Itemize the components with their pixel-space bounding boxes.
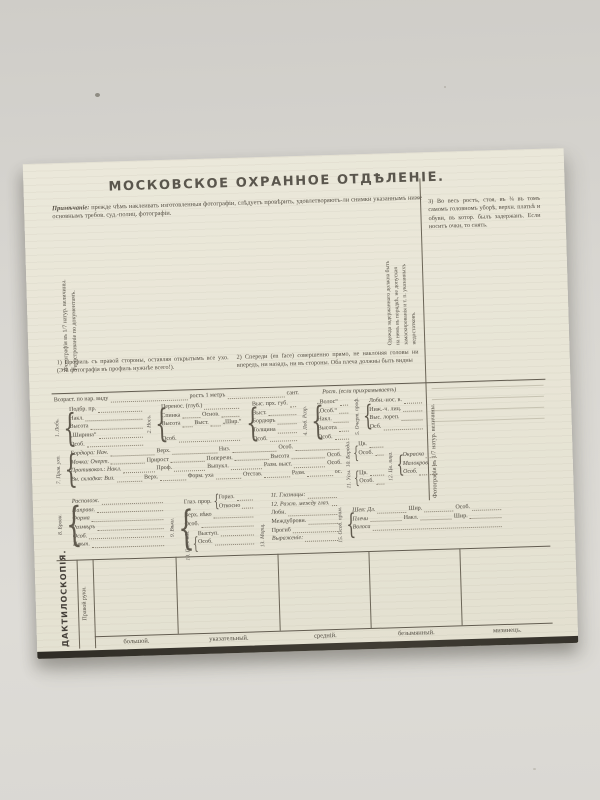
dust-speck: [444, 86, 446, 88]
group-label-vertical: 2. Носъ.: [146, 414, 153, 433]
brace-decoration: [155, 405, 160, 443]
field-label: Цв.: [359, 469, 368, 478]
brace-decoration: [363, 402, 368, 430]
field-age: Возраст. по нар. виду: [54, 395, 109, 405]
brace-decoration: [346, 511, 351, 539]
field-height: ростъ 1 метръ: [189, 391, 225, 401]
field-label: Выраженіе:: [272, 534, 303, 544]
group-label-vertical: 15. Особ. прим.: [337, 507, 344, 543]
finger-divider: [277, 554, 280, 631]
caption-line: замаскированія и т. п. указанныхъ: [401, 264, 409, 345]
document-card: МОСКОВСКОЕ ОХРАННОЕ ОТДѢЛЕНІЕ. Примѣчані…: [23, 148, 578, 659]
ruled-line: [432, 407, 544, 411]
dotted-line: [426, 456, 436, 458]
field-label: Особ.: [358, 449, 373, 458]
ruled-line: [432, 396, 544, 400]
group-eye-sockets: 11. Глазницы: 12. Разст. между глаз. Лоб…: [271, 490, 335, 544]
brace-decoration: [354, 470, 358, 487]
dotted-line: [264, 475, 289, 478]
field-label: Верх.: [144, 473, 158, 482]
brace-decoration: [192, 536, 196, 553]
group-label-vertical: 10. Борода.: [345, 441, 352, 468]
group-eyelids: 9. Вѣки. Глаз. прор. Гориз. Откосно Верх…: [169, 492, 257, 560]
caption-line: недостатковъ.: [411, 312, 418, 345]
note-text: прежде чѣмъ наклеивать изготовленныя фот…: [52, 194, 422, 220]
dotted-line: [183, 425, 193, 427]
dotted-line: [305, 539, 337, 542]
group-label-vertical: 7. Прав. ухо.: [55, 455, 62, 484]
group-label-vertical: 1. Лобъ.: [54, 418, 61, 437]
field-label: ос.: [335, 468, 343, 477]
group-label-vertical: 4. Лоб. Разр.: [302, 406, 309, 436]
brace-decoration: [311, 401, 316, 439]
brace-decoration: [64, 450, 69, 488]
field-label: Низ.: [219, 445, 231, 454]
group-right-ear: 7. Прав. ухо. Бордюра: Нач.Верх.Низ.Особ…: [55, 442, 342, 488]
caption-line: Одежда задержаннаго должна быть: [385, 261, 394, 346]
rule-3: 3) Во весь ростъ, стоя, въ ¾ въ томъ сам…: [428, 195, 541, 232]
dotted-line: [376, 483, 384, 485]
finger-cell-label: безымянный.: [371, 628, 462, 638]
field-label: Форм. уха: [188, 472, 214, 481]
brace-decoration: [63, 409, 68, 447]
brace-decoration: [65, 501, 70, 547]
dust-speck: [533, 768, 536, 770]
page-title: МОСКОВСКОЕ ОХРАННОЕ ОТДѢЛЕНІЕ.: [108, 170, 438, 195]
group-label-vertical: 12. Цв. лица.: [387, 451, 394, 481]
brace-decoration: [396, 454, 401, 477]
caption-line: Фотографія въ 1/7 натур. величины.: [61, 279, 70, 371]
field-label: Особ.: [359, 477, 374, 486]
dotted-line: [227, 395, 284, 399]
photo1-scale-caption: Фотографія въ 1/7 натур. величины. Регис…: [59, 243, 81, 371]
brace-decoration: [246, 403, 251, 441]
dotted-line: [340, 403, 348, 405]
finger-cell-label: средній.: [280, 631, 371, 641]
dotted-line: [290, 405, 296, 407]
group-label-vertical: 9. Вѣки.: [169, 518, 176, 537]
dotted-line: [339, 412, 348, 414]
group-hairline: 4. Лоб. Разр. „Волос“ „Особ.“ Накл. Высо…: [302, 398, 351, 443]
dotted-line: [339, 429, 349, 431]
brace-decoration: [353, 445, 357, 462]
dotted-line: [431, 464, 436, 466]
field-label: Особ.: [198, 538, 213, 547]
group-beard-moustache: 10. Борода. Цв. Особ. 11. Усы. Цв. Особ.: [345, 440, 386, 489]
caption-line: на немъ въ порядкѣ, не допуская: [393, 267, 401, 345]
group-eyebrows: 8. Брови. Располож. Направл. Форма Размѣ…: [57, 495, 166, 550]
group-label-vertical: 13. Морщ.: [259, 495, 267, 547]
finger-divider: [368, 551, 371, 628]
dotted-line: [372, 525, 501, 531]
finger-cell-label: большой.: [95, 637, 178, 646]
dotted-line: [211, 424, 221, 426]
field-label: Отстав.: [243, 470, 263, 479]
finger-divider: [175, 557, 178, 634]
field-label: Разм.: [292, 469, 306, 478]
dotted-line: [332, 504, 337, 506]
group-profile: 5. Очерт. проф. Лобн.-нос. в. Ниж.-ч. ли…: [354, 395, 425, 435]
dotted-line: [201, 524, 253, 528]
dotted-line: [179, 439, 240, 443]
field-label: Выст.: [194, 419, 209, 428]
dust-speck: [95, 93, 100, 97]
group-complexion: 12. Цв. лица. Окраска Малокров. Особ.: [387, 450, 428, 481]
dotted-line: [160, 478, 185, 481]
field-label: Особ.: [403, 468, 418, 477]
finger-divider: [93, 559, 97, 648]
dotted-line: [216, 477, 241, 480]
brace-decoration: [178, 505, 183, 551]
brace-decoration: [213, 494, 217, 511]
group-label-vertical: 8. Брови.: [57, 514, 64, 535]
dotted-line: [383, 427, 422, 430]
ruled-line: [433, 418, 545, 422]
dactyloscopy-title: ДАКТИЛОСКОПІЯ.: [59, 563, 70, 647]
note-lead: Примѣчаніе:: [52, 204, 89, 212]
group-label-vertical: 11. Усы.: [346, 469, 353, 488]
ruled-line: [432, 385, 544, 389]
dotted-line: [242, 507, 253, 509]
finger-cell-label: мизинецъ.: [462, 626, 553, 636]
field-label: „Шир.“: [222, 418, 241, 427]
field-limp: Рост. (если прихрамываетъ): [322, 386, 396, 397]
finger-divider: [459, 548, 462, 625]
rule-1: 1) Профиль съ правой стороны, оставляя о…: [57, 354, 229, 376]
group-lips: Выс. прх. губ. Выст. Бордюръ Толщина Осо…: [244, 399, 299, 444]
clothing-instruction-vertical: Одежда задержаннаго должна быть на немъ …: [383, 241, 419, 346]
dotted-line: [117, 479, 142, 482]
dotted-line: [215, 543, 254, 546]
hand-label: Правой руки.: [80, 564, 91, 620]
dotted-line: [92, 544, 164, 548]
group-forehead: 1. Лобъ. Подбр. пр. Накл. Высота „Ширина…: [54, 404, 145, 450]
dotted-line: [270, 440, 297, 443]
dotted-line: [375, 454, 383, 456]
dotted-line: [307, 474, 332, 477]
group-label-vertical: 5. Очерт. проф.: [354, 397, 361, 435]
group-nose: 2. Носъ. Перенос. (глуб.) СпинкаОснов. В…: [146, 401, 242, 445]
note-paragraph: Примѣчаніе: прежде чѣмъ наклеивать изгот…: [52, 194, 422, 222]
finger-cell-label: указательный.: [178, 634, 280, 644]
field-cm: сант.: [286, 389, 299, 398]
dotted-line: [419, 473, 436, 476]
rule-2: 2) Спереди (en face) совершенно прямо, н…: [236, 348, 418, 370]
photo-background: МОСКОВСКОЕ ОХРАННОЕ ОТДѢЛЕНІЕ. Примѣчані…: [0, 0, 600, 800]
group-neck-shoulders: 15. Особ. прим. Шея: Дл.Шир.Особ. ПлечиН…: [337, 502, 504, 543]
field-label: Цв.: [358, 440, 367, 449]
